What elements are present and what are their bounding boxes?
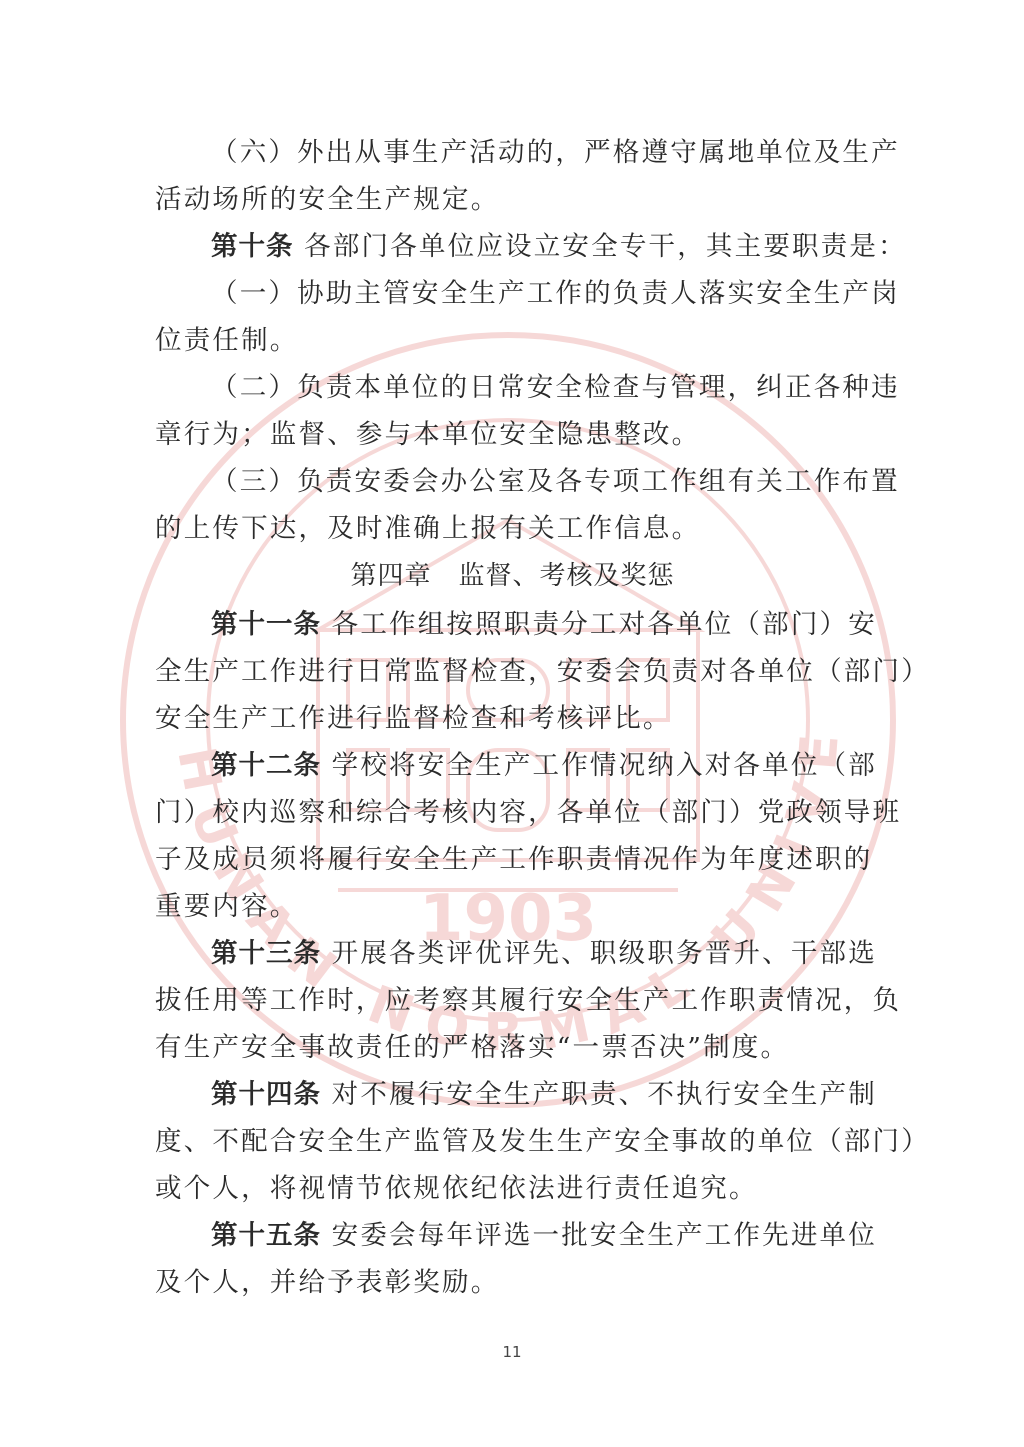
article-15: 第十五条 安委会每年评选一批安全生产工作先进单位: [211, 1213, 877, 1259]
article-13: 第十三条 开展各类评优评先、职级职务晋升、干部选: [211, 931, 877, 977]
paragraph-line: （二）负责本单位的日常安全检查与管理，纠正各种违: [211, 365, 900, 411]
paragraph-line: 位责任制。: [155, 318, 299, 364]
paragraph-line: （一）协助主管安全生产工作的负责人落实安全生产岗: [211, 271, 900, 317]
paragraph-line: 章行为；监督、参与本单位安全隐患整改。: [155, 412, 700, 458]
paragraph-line: 及个人，并给予表彰奖励。: [155, 1260, 499, 1306]
article-heading: 第十二条: [211, 750, 321, 781]
chapter-title: 第四章 监督、考核及奖惩: [155, 553, 870, 599]
paragraph-line: 全生产工作进行日常监督检查，安委会负责对各单位（部门）: [155, 649, 930, 695]
article-12: 第十二条 学校将安全生产工作情况纳入对各单位（部: [211, 743, 877, 789]
page-number: 11: [0, 1343, 1024, 1361]
article-heading: 第十四条: [211, 1079, 321, 1110]
article-heading: 第十五条: [211, 1220, 321, 1251]
article-heading: 第十条: [211, 231, 294, 262]
paragraph-line: 或个人，将视情节依规依纪依法进行责任追究。: [155, 1166, 758, 1212]
article-heading: 第十三条: [211, 938, 321, 969]
paragraph-line: 重要内容。: [155, 884, 299, 930]
paragraph-line: 度、不配合安全生产监管及发生生产安全事故的单位（部门）: [155, 1119, 930, 1165]
paragraph-line: （三）负责安委会办公室及各专项工作组有关工作布置: [211, 459, 900, 505]
paragraph-line: 活动场所的安全生产规定。: [155, 177, 499, 223]
paragraph-line: 拔任用等工作时，应考察其履行安全生产工作职责情况，负: [155, 978, 901, 1024]
paragraph-line: （六）外出从事生产活动的，严格遵守属地单位及生产: [211, 130, 900, 176]
article-11: 第十一条 各工作组按照职责分工对各单位（部门）安: [211, 602, 877, 648]
article-heading: 第十一条: [211, 609, 321, 640]
paragraph-line: 有生产安全事故责任的严格落实“一票否决”制度。: [155, 1025, 789, 1071]
paragraph-line: 的上传下达，及时准确上报有关工作信息。: [155, 506, 700, 552]
article-10: 第十条 各部门各单位应设立安全专干，其主要职责是：: [211, 224, 907, 270]
paragraph-line: 门）校内巡察和综合考核内容，各单位（部门）党政领导班: [155, 790, 901, 836]
paragraph-line: 安全生产工作进行监督检查和考核评比。: [155, 696, 672, 742]
paragraph-line: 子及成员须将履行安全生产工作职责情况作为年度述职的: [155, 837, 873, 883]
article-14: 第十四条 对不履行安全生产职责、不执行安全生产制: [211, 1072, 877, 1118]
